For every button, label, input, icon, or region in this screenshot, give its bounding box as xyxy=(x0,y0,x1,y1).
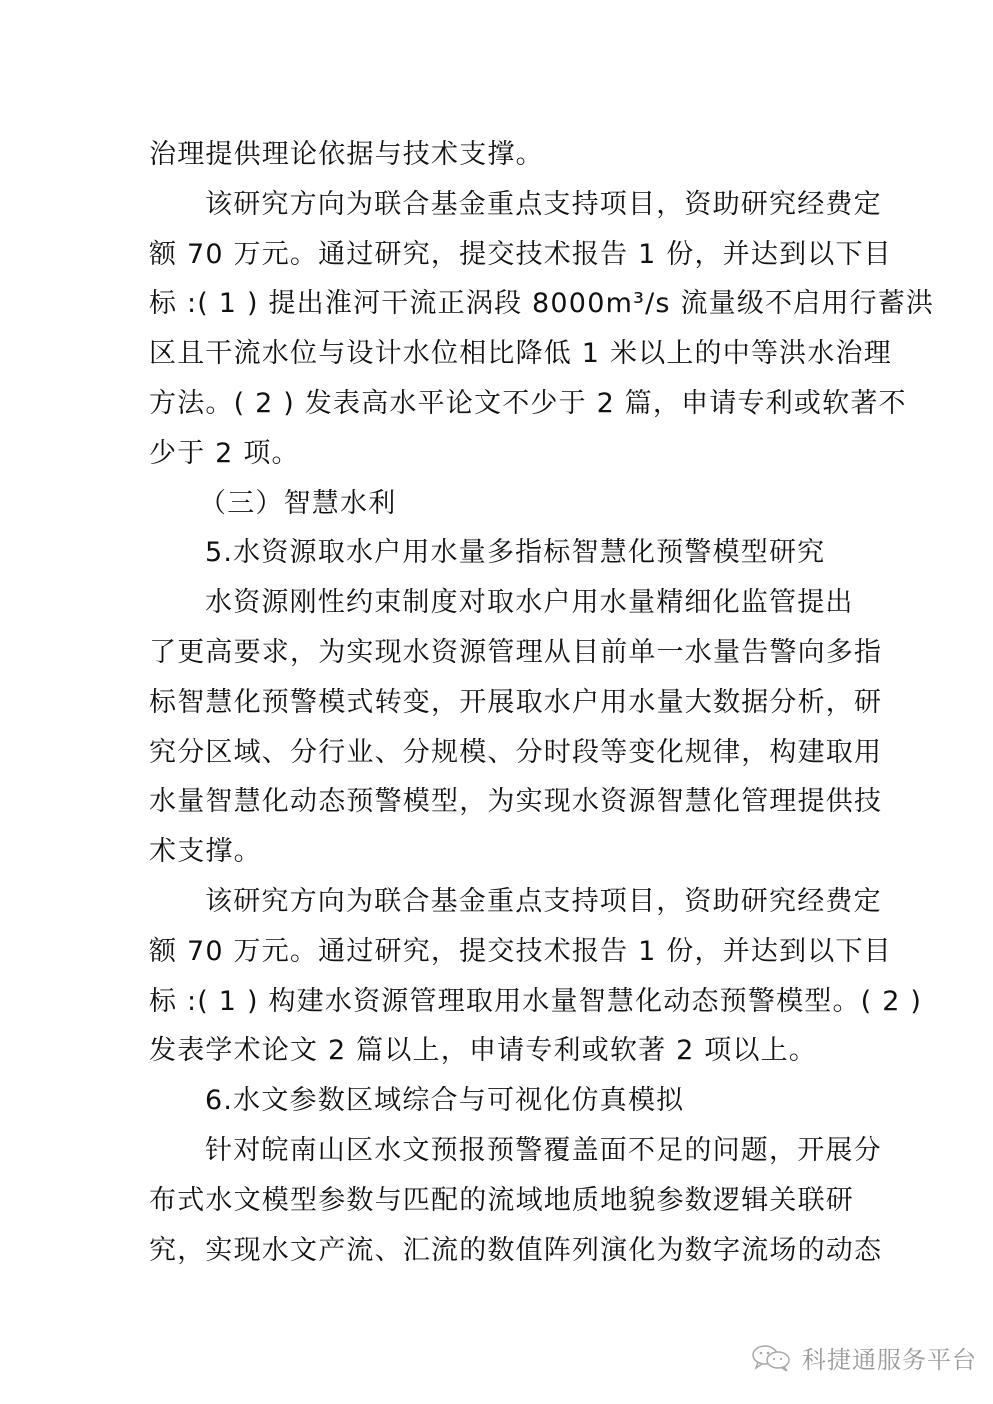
watermark-label: 科捷通服务平台 xyxy=(802,1340,977,1375)
text-line: 方法。( 2 ) 发表高水平论文不少于 2 篇，申请专利或软著不 xyxy=(149,379,849,429)
text-line: 区且干流水位与设计水位相比降低 1 米以上的中等洪水治理 xyxy=(149,329,849,379)
section-heading: （三）智慧水利 xyxy=(149,479,849,529)
text-line: 了更高要求，为实现水资源管理从目前单一水量告警向多指 xyxy=(149,628,849,678)
text-line: 究分区域、分行业、分规模、分时段等变化规律，构建取用 xyxy=(149,728,849,778)
text-line: 针对皖南山区水文预报预警覆盖面不足的问题，开展分 xyxy=(149,1126,849,1176)
subsection-heading: 5.水资源取水户用水量多指标智慧化预警模型研究 xyxy=(149,528,849,578)
subsection-heading: 6.水文参数区域综合与可视化仿真模拟 xyxy=(149,1076,849,1126)
text-line: 水资源刚性约束制度对取水户用水量精细化监管提出 xyxy=(149,578,849,628)
document-body: 治理提供理论依据与技术支撑。 该研究方向为联合基金重点支持项目，资助研究经费定 … xyxy=(149,130,849,1275)
text-line: 究，实现水文产流、汇流的数值阵列演化为数字流场的动态 xyxy=(149,1226,849,1276)
text-line: 该研究方向为联合基金重点支持项目，资助研究经费定 xyxy=(149,877,849,927)
text-line: 该研究方向为联合基金重点支持项目，资助研究经费定 xyxy=(149,180,849,230)
text-line: 少于 2 项。 xyxy=(149,429,849,479)
text-line: 发表学术论文 2 篇以上，申请专利或软著 2 项以上。 xyxy=(149,1026,849,1076)
text-line: 额 70 万元。通过研究，提交技术报告 1 份，并达到以下目 xyxy=(149,927,849,977)
text-line: 布式水文模型参数与匹配的流域地质地貌参数逻辑关联研 xyxy=(149,1176,849,1226)
watermark: 科捷通服务平台 xyxy=(750,1340,977,1375)
wechat-icon xyxy=(750,1343,794,1373)
text-line: 标 :( 1 ) 构建水资源管理取用水量智慧化动态预警模型。( 2 ) xyxy=(149,977,849,1027)
text-line: 标 :( 1 ) 提出淮河干流正涡段 8000m³/s 流量级不启用行蓄洪 xyxy=(149,279,849,329)
text-line: 治理提供理论依据与技术支撑。 xyxy=(149,130,849,180)
text-line: 标智慧化预警模式转变，开展取水户用水量大数据分析，研 xyxy=(149,678,849,728)
text-line: 术支撑。 xyxy=(149,827,849,877)
text-line: 额 70 万元。通过研究，提交技术报告 1 份，并达到以下目 xyxy=(149,230,849,280)
text-line: 水量智慧化动态预警模型，为实现水资源智慧化管理提供技 xyxy=(149,777,849,827)
